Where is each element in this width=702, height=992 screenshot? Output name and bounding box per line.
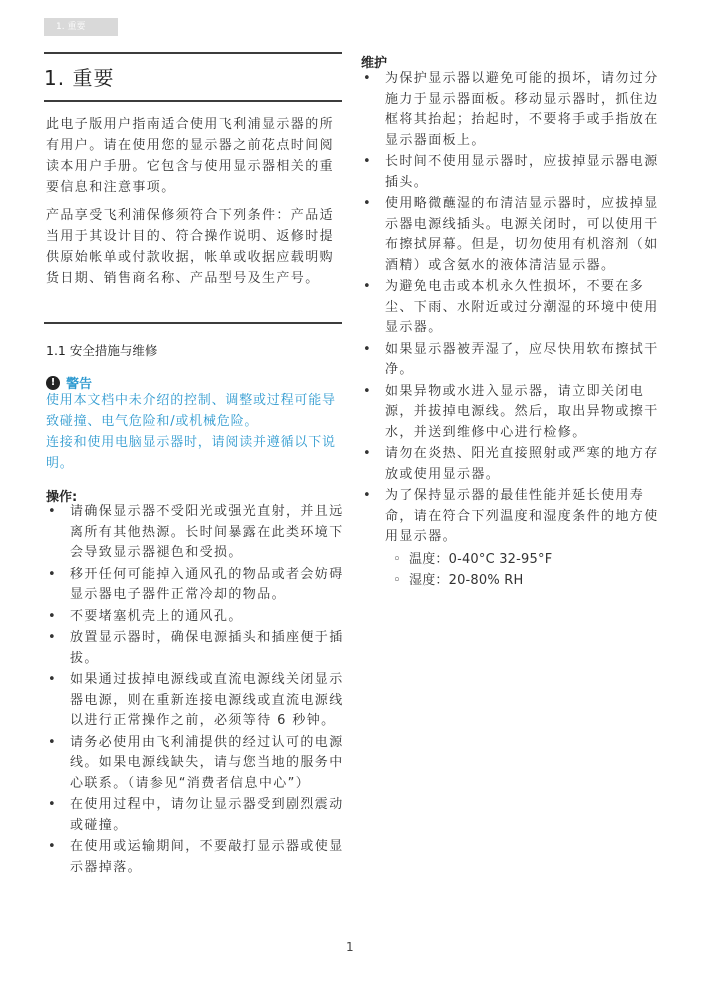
page-number: 1 (346, 940, 354, 954)
list-item: •不要堵塞机壳上的通风孔。 (46, 607, 346, 628)
list-item: •请确保显示器不受阳光或强光直射，并且远离所有其他热源。长时间暴露在此类环境下会… (46, 502, 346, 564)
bullet-icon: • (363, 382, 372, 403)
section-title: 1.1 安全措施与维修 (46, 341, 157, 359)
bullet-icon: • (48, 733, 57, 754)
list-item: •请务必使用由飞利浦提供的经过认可的电源线。如果电源线缺失，请与您当地的服务中心… (46, 733, 346, 795)
list-item: •长时间不使用显示器时，应拔掉显示器电源插头。 (361, 152, 661, 193)
circle-bullet-icon: ◦ (393, 571, 401, 592)
conditions-list: ◦温度：0-40°C 32-95°F ◦湿度：20-80% RH (385, 550, 661, 592)
list-item: •放置显示器时，确保电源插头和插座便于插拔。 (46, 628, 346, 669)
page-title: 1. 重要 (44, 62, 114, 91)
bullet-icon: • (363, 69, 372, 90)
bullet-icon: • (363, 444, 372, 465)
warning-line: 使用本文档中未介绍的控制、调整或过程可能导致碰撞、电气危险和/或机械危险。 (46, 390, 346, 432)
bullet-icon: • (48, 837, 57, 858)
bullet-icon: • (48, 565, 57, 586)
warning-icon: ! (46, 376, 60, 390)
list-item: •为保护显示器以避免可能的损坏，请勿过分施力于显示器面板。移动显示器时，抓住边框… (361, 69, 661, 151)
list-item: •在使用或运输期间，不要敲打显示器或使显示器掉落。 (46, 837, 346, 878)
divider (44, 322, 342, 324)
list-item: •在使用过程中，请勿让显示器受到剧烈震动或碰撞。 (46, 795, 346, 836)
bullet-icon: • (363, 152, 372, 173)
list-item: •为避免电击或本机永久性损坏，不要在多尘、下雨、水附近或过分潮湿的环境中使用显示… (361, 277, 661, 339)
divider (44, 52, 342, 54)
intro-paragraph: 此电子版用户指南适合使用飞利浦显示器的所有用户。请在使用您的显示器之前花点时间阅… (46, 114, 346, 198)
list-item: •使用略微蘸湿的布清洁显示器时，应拔掉显示器电源线插头。电源关闭时，可以使用干布… (361, 194, 661, 276)
condition-item: ◦湿度：20-80% RH (385, 571, 661, 592)
maintenance-list: •为保护显示器以避免可能的损坏，请勿过分施力于显示器面板。移动显示器时，抓住边框… (361, 69, 661, 593)
bullet-icon: • (48, 628, 57, 649)
section-tag: 1. 重要 (44, 18, 118, 36)
bullet-icon: • (48, 795, 57, 816)
circle-bullet-icon: ◦ (393, 550, 401, 571)
list-item: •移开任何可能掉入通风孔的物品或者会妨碍显示器电子器件正常冷却的物品。 (46, 565, 346, 606)
warranty-paragraph: 产品享受飞利浦保修须符合下列条件：产品适当用于其设计目的、符合操作说明、返修时提… (46, 205, 346, 289)
bullet-icon: • (363, 194, 372, 215)
bullet-icon: • (363, 340, 372, 361)
list-item: •如果异物或水进入显示器，请立即关闭电源，并拔掉电源线。然后，取出异物或擦干水，… (361, 382, 661, 444)
list-item: •如果显示器被弄湿了，应尽快用软布擦拭干净。 (361, 340, 661, 381)
warning-line: 连接和使用电脑显示器时，请阅读并遵循以下说明。 (46, 432, 346, 474)
warning-body: 使用本文档中未介绍的控制、调整或过程可能导致碰撞、电气危险和/或机械危险。 连接… (46, 390, 346, 474)
bullet-icon: • (363, 277, 372, 298)
bullet-icon: • (363, 486, 372, 507)
bullet-icon: • (48, 502, 57, 523)
operation-list: •请确保显示器不受阳光或强光直射，并且远离所有其他热源。长时间暴露在此类环境下会… (46, 502, 346, 879)
bullet-icon: • (48, 670, 57, 691)
condition-item: ◦温度：0-40°C 32-95°F (385, 550, 661, 571)
list-item: •请勿在炎热、阳光直接照射或严寒的地方存放或使用显示器。 (361, 444, 661, 485)
bullet-icon: • (48, 607, 57, 628)
list-item: •为了保持显示器的最佳性能并延长使用寿命，请在符合下列温度和湿度条件的地方使用显… (361, 486, 661, 592)
divider (44, 100, 342, 102)
list-item: •如果通过拔掉电源线或直流电源线关闭显示器电源，则在重新连接电源线或直流电源线以… (46, 670, 346, 732)
